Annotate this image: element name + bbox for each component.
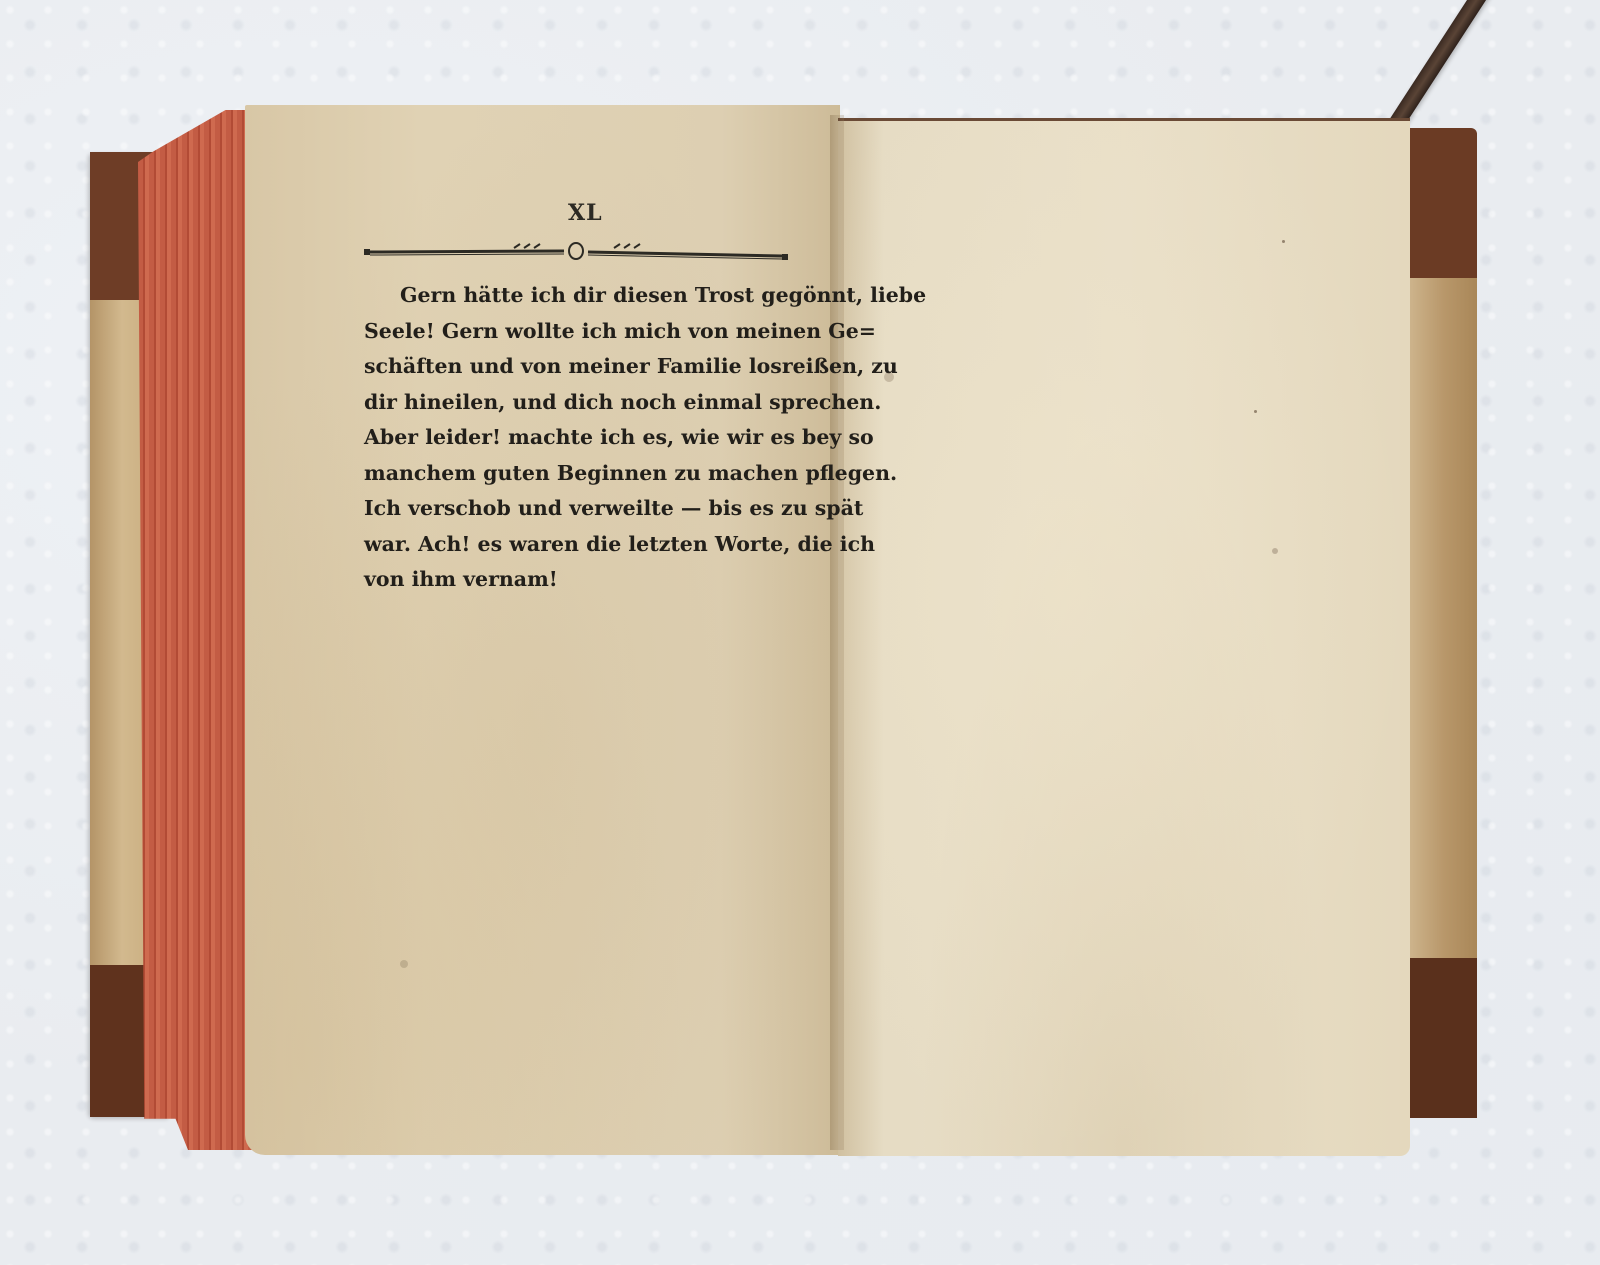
ornamental-divider-icon: [364, 242, 788, 268]
foxing-spot: [1272, 548, 1278, 554]
text-line: von ihm vernam!: [364, 562, 794, 598]
page-number: XL: [568, 200, 603, 226]
text-line: Seele! Gern wollte ich mich von meinen G…: [364, 314, 794, 350]
text-line: schäften und von meiner Familie losreiße…: [364, 349, 794, 385]
fraktur-text-block: Gern hätte ich dir diesen Trost gegönnt,…: [364, 278, 794, 598]
right-page: [838, 118, 1410, 1156]
foxing-spot: [1254, 410, 1257, 413]
text-line: Ich verschob und verweilte — bis es zu s…: [364, 491, 794, 527]
text-line: dir hineilen, und dich noch einmal sprec…: [364, 385, 794, 421]
text-line: Gern hätte ich dir diesen Trost gegönnt,…: [364, 278, 794, 314]
text-line: manchem guten Beginnen zu machen pflegen…: [364, 456, 794, 492]
text-line: Aber leider! machte ich es, wie wir es b…: [364, 420, 794, 456]
foxing-spot: [884, 372, 894, 382]
foxing-spot: [400, 960, 408, 968]
book-gutter: [830, 115, 844, 1150]
text-line: war. Ach! es waren die letzten Worte, di…: [364, 527, 794, 563]
foxing-spot: [1282, 240, 1285, 243]
